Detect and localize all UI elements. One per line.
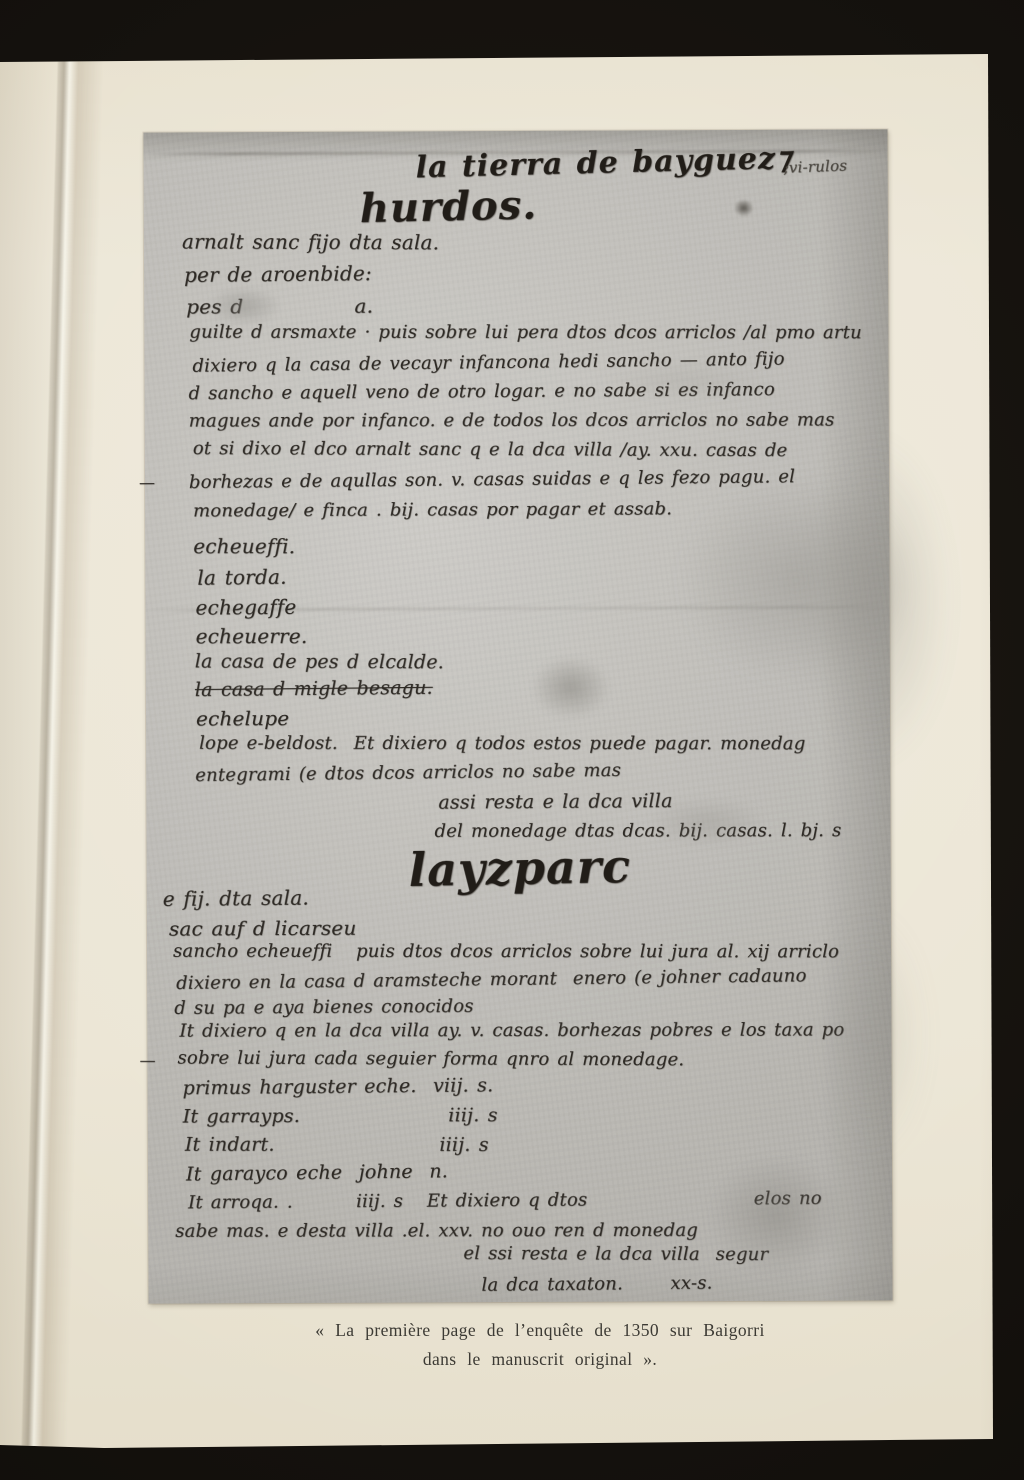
manuscript-line: echelupe — [196, 708, 289, 728]
photo-stain — [675, 474, 916, 685]
manuscript-line: It indart. iiij. s — [185, 1136, 489, 1155]
manuscript-line: la torda. — [197, 567, 286, 588]
manuscript-lines: la tierra de bayguez⁊;vi-ruloshurdos.arn… — [143, 129, 892, 1303]
manuscript-line: sobre lui jura cada seguier forma qnro a… — [177, 1049, 684, 1069]
manuscript-line: magues ande por infanco. e de todos los … — [189, 411, 835, 430]
manuscript-line: del monedage dtas dcas. bij. casas. l. b… — [434, 822, 841, 841]
manuscript-line: sac auf d licarseu — [169, 918, 357, 939]
manuscript-line: dixiero q la casa de vecayr infancona he… — [192, 351, 784, 376]
manuscript-line: It dixiero q en la dca villa ay. v. casa… — [179, 1021, 844, 1040]
margin-dash: — — [139, 1053, 155, 1069]
manuscript-line: monedage/ e finca . bij. casas por pagar… — [193, 500, 672, 520]
manuscript-section-title: layzparc — [408, 843, 631, 893]
manuscript-line: It garayco eche johne n. — [186, 1162, 448, 1184]
manuscript-line: echeueffi. — [193, 536, 295, 556]
manuscript-line: echegaffe — [195, 597, 296, 618]
manuscript-line: d su pa e aya bienes conocidos — [174, 998, 474, 1018]
manuscript-line: primus harguster eche. viij. s. — [183, 1076, 494, 1098]
caption-line-2: dans le manuscrit original ». — [40, 1345, 1024, 1374]
manuscript-line: la casa de pes d elcalde. — [195, 652, 444, 672]
manuscript-line: d sancho e aquell veno de otro logar. e … — [189, 381, 775, 403]
photo-stain — [791, 429, 952, 770]
manuscript-line: It arroqa. . iiij. s Et dixiero q dtos e… — [188, 1190, 822, 1212]
manuscript-line: ot si dixo el dco arnalt sanc q e la dca… — [193, 440, 788, 460]
caption-line-1: « La première page de l’enquête de 1350 … — [40, 1316, 1024, 1345]
manuscript-line: dixiero en la casa d aramsteche morant e… — [176, 967, 807, 993]
manuscript-line: guilte d arsmaxte · puis sobre lui pera … — [189, 324, 862, 343]
gutter-crease — [21, 55, 104, 1454]
manuscript-line: It garrayps. iiij. s — [183, 1106, 498, 1126]
photo-caption: « La première page de l’enquête de 1350 … — [40, 1316, 1024, 1374]
manuscript-line: assi resta e la dca villa — [438, 792, 672, 813]
photo-stain — [734, 199, 754, 217]
manuscript-line: pes d a. — [186, 296, 373, 317]
manuscript-line: la casa d migle besagu. — [195, 679, 433, 700]
manuscript-line: per de aroenbide: — [184, 263, 372, 285]
margin-note: ;vi-rulos — [783, 158, 847, 175]
manuscript-line: sancho echeueffi puis dtos dcos arriclos… — [173, 943, 839, 962]
manuscript-line: el ssi resta e la dca villa segur — [463, 1245, 768, 1264]
photo-stain — [531, 656, 611, 720]
manuscript-line: la dca taxaton. xx-s. — [481, 1275, 712, 1295]
manuscript-line: arnalt sanc fijo dta sala. — [182, 231, 439, 252]
manuscript-line: echeuerre. — [196, 626, 308, 646]
manuscript-line: lope e-beldost. Et dixiero q todos estos… — [199, 735, 805, 754]
manuscript-line: e fij. dta sala. — [163, 888, 309, 909]
scene: { "caption": { "line1": "« La première p… — [0, 0, 1024, 1480]
manuscript-title: la tierra de bayguez⁊ — [415, 144, 792, 184]
margin-dash: — — [139, 475, 155, 491]
book-page: la tierra de bayguez⁊;vi-ruloshurdos.arn… — [0, 0, 1024, 1480]
manuscript-line: borhezas e de aqullas son. v. casas suid… — [189, 468, 795, 492]
manuscript-photo: la tierra de bayguez⁊;vi-ruloshurdos.arn… — [143, 129, 892, 1303]
manuscript-line: entegrami (e dtos dcos arriclos no sabe … — [195, 762, 621, 785]
manuscript-subtitle: hurdos. — [359, 185, 537, 229]
manuscript-line: sabe mas. e desta villa .el. xxv. no ouo… — [175, 1222, 698, 1241]
